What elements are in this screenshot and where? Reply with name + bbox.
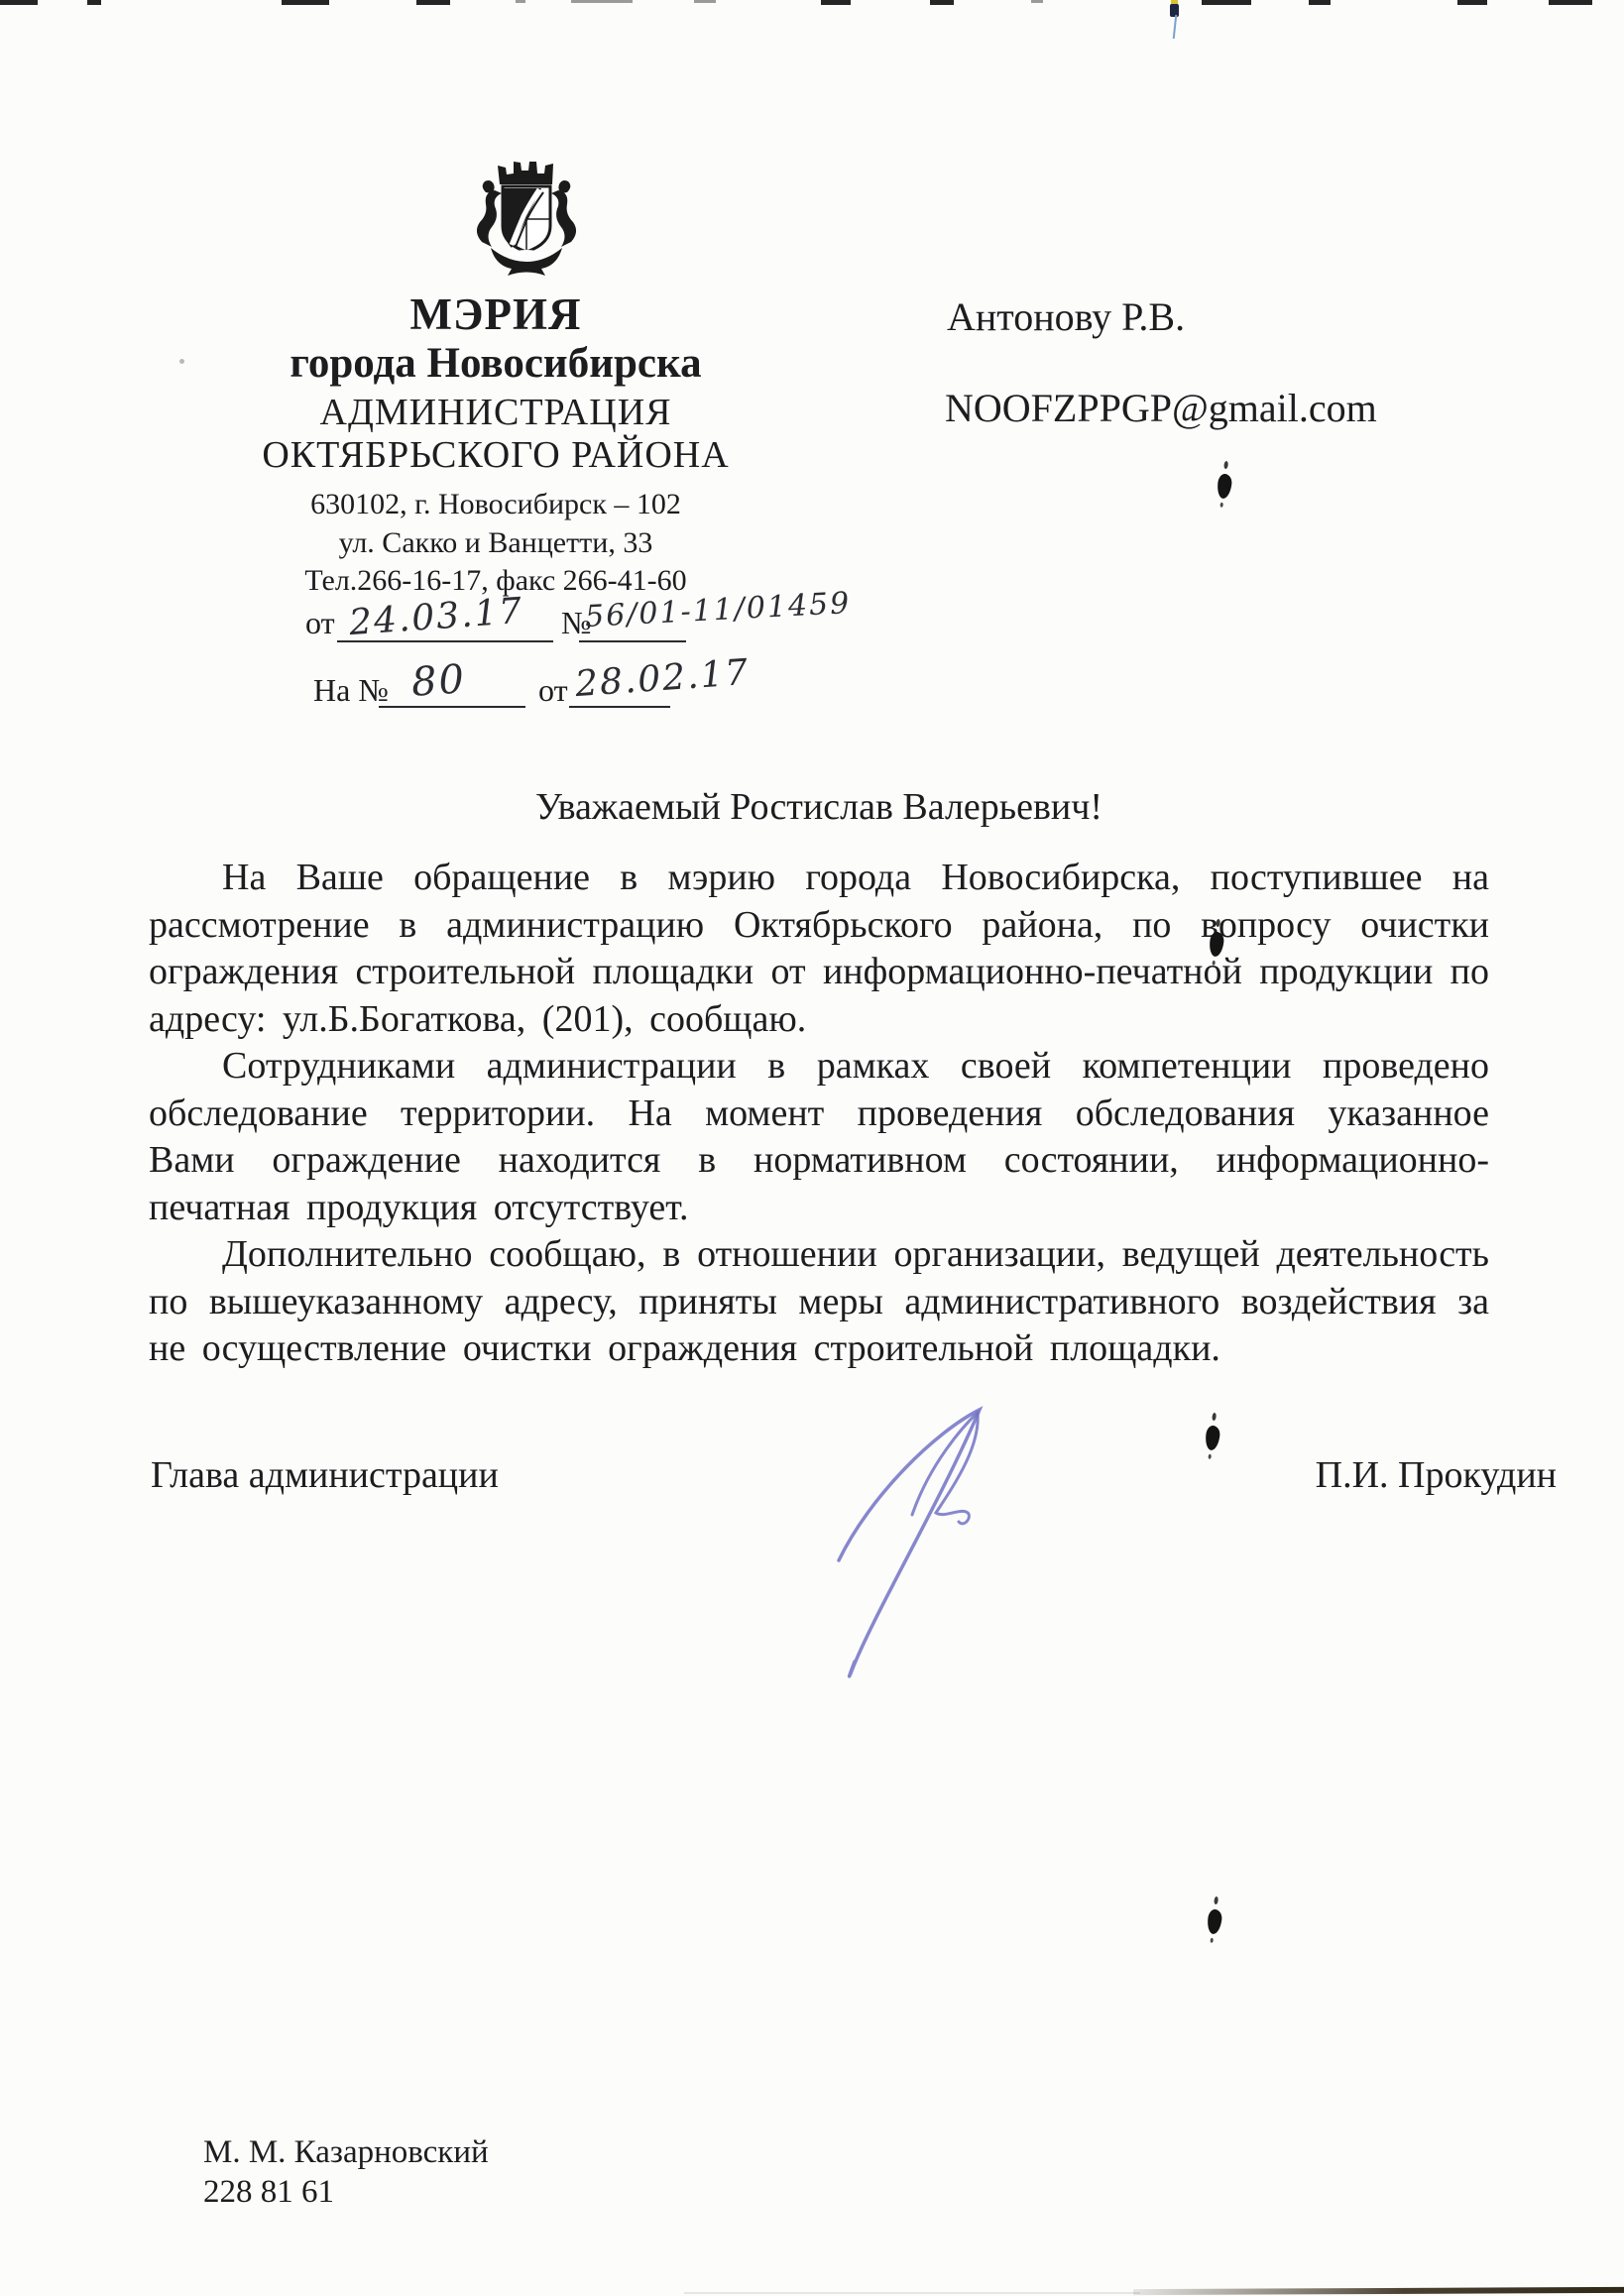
scan-artifact: [1309, 0, 1331, 5]
executor-name: М. М. Казарновский: [203, 2134, 489, 2171]
scan-artifact: [930, 0, 954, 5]
signer-name: П.И. Прокудин: [1180, 1453, 1557, 1497]
org-name-line3: АДМИНИСТРАЦИЯ: [169, 391, 823, 434]
scan-artifact: [571, 0, 633, 3]
recipient-name: Антонову Р.В.: [947, 293, 1185, 340]
scan-artifact: [1549, 0, 1592, 5]
scan-artifact: [516, 0, 525, 3]
executor-phone: 228 81 61: [203, 2174, 334, 2211]
ink-blot: [1207, 1908, 1223, 1935]
in-number-handwritten: 80: [409, 656, 467, 706]
scan-artifact: [684, 2292, 1140, 2294]
scan-artifact: [0, 0, 38, 5]
scan-artifact: [821, 0, 851, 5]
pen-mark-artifact: [1173, 15, 1177, 39]
org-street-address: ул. Сакко и Ванцетти, 33: [169, 526, 823, 560]
out-date-label: от: [305, 605, 335, 641]
salutation: Уважаемый Ростислав Валерьевич!: [149, 785, 1489, 829]
org-name-line1: МЭРИЯ: [169, 288, 823, 340]
in-date-label: от: [538, 672, 568, 709]
novosibirsk-coat-of-arms-icon: [458, 149, 595, 287]
scanned-letter-page: МЭРИЯ города Новосибирска АДМИНИСТРАЦИЯ …: [0, 0, 1624, 2296]
scan-artifact: [282, 0, 329, 5]
org-name-line2: города Новосибирска: [169, 339, 823, 388]
scan-artifact: [1202, 0, 1251, 5]
scan-artifact: [416, 0, 450, 5]
org-postal-address: 630102, г. Новосибирск – 102: [169, 488, 823, 521]
ink-blot: [1217, 473, 1233, 500]
body-paragraph-3: Дополнительно сообщаю, в отношении орган…: [149, 1231, 1489, 1373]
body-paragraph-1: На Ваше обращение в мэрию города Новосиб…: [149, 855, 1489, 1043]
pen-signature: [813, 1366, 1071, 1693]
signer-title: Глава администрации: [151, 1453, 499, 1497]
scan-artifact: [1457, 0, 1487, 5]
scan-artifact: [87, 0, 101, 5]
body-paragraph-2: Сотрудниками администрации в рамках свое…: [149, 1043, 1489, 1231]
scan-artifact: [1133, 2287, 1624, 2295]
ink-blot: [1205, 1425, 1221, 1451]
scan-artifact: [694, 0, 716, 3]
scan-artifact: [1031, 0, 1043, 3]
in-number-label: На №: [313, 672, 389, 709]
recipient-email: NOOFZPPGP@gmail.com: [945, 385, 1377, 431]
letter-body: На Ваше обращение в мэрию города Новосиб…: [149, 855, 1489, 1373]
org-name-line4: ОКТЯБРЬСКОГО РАЙОНА: [169, 433, 823, 477]
